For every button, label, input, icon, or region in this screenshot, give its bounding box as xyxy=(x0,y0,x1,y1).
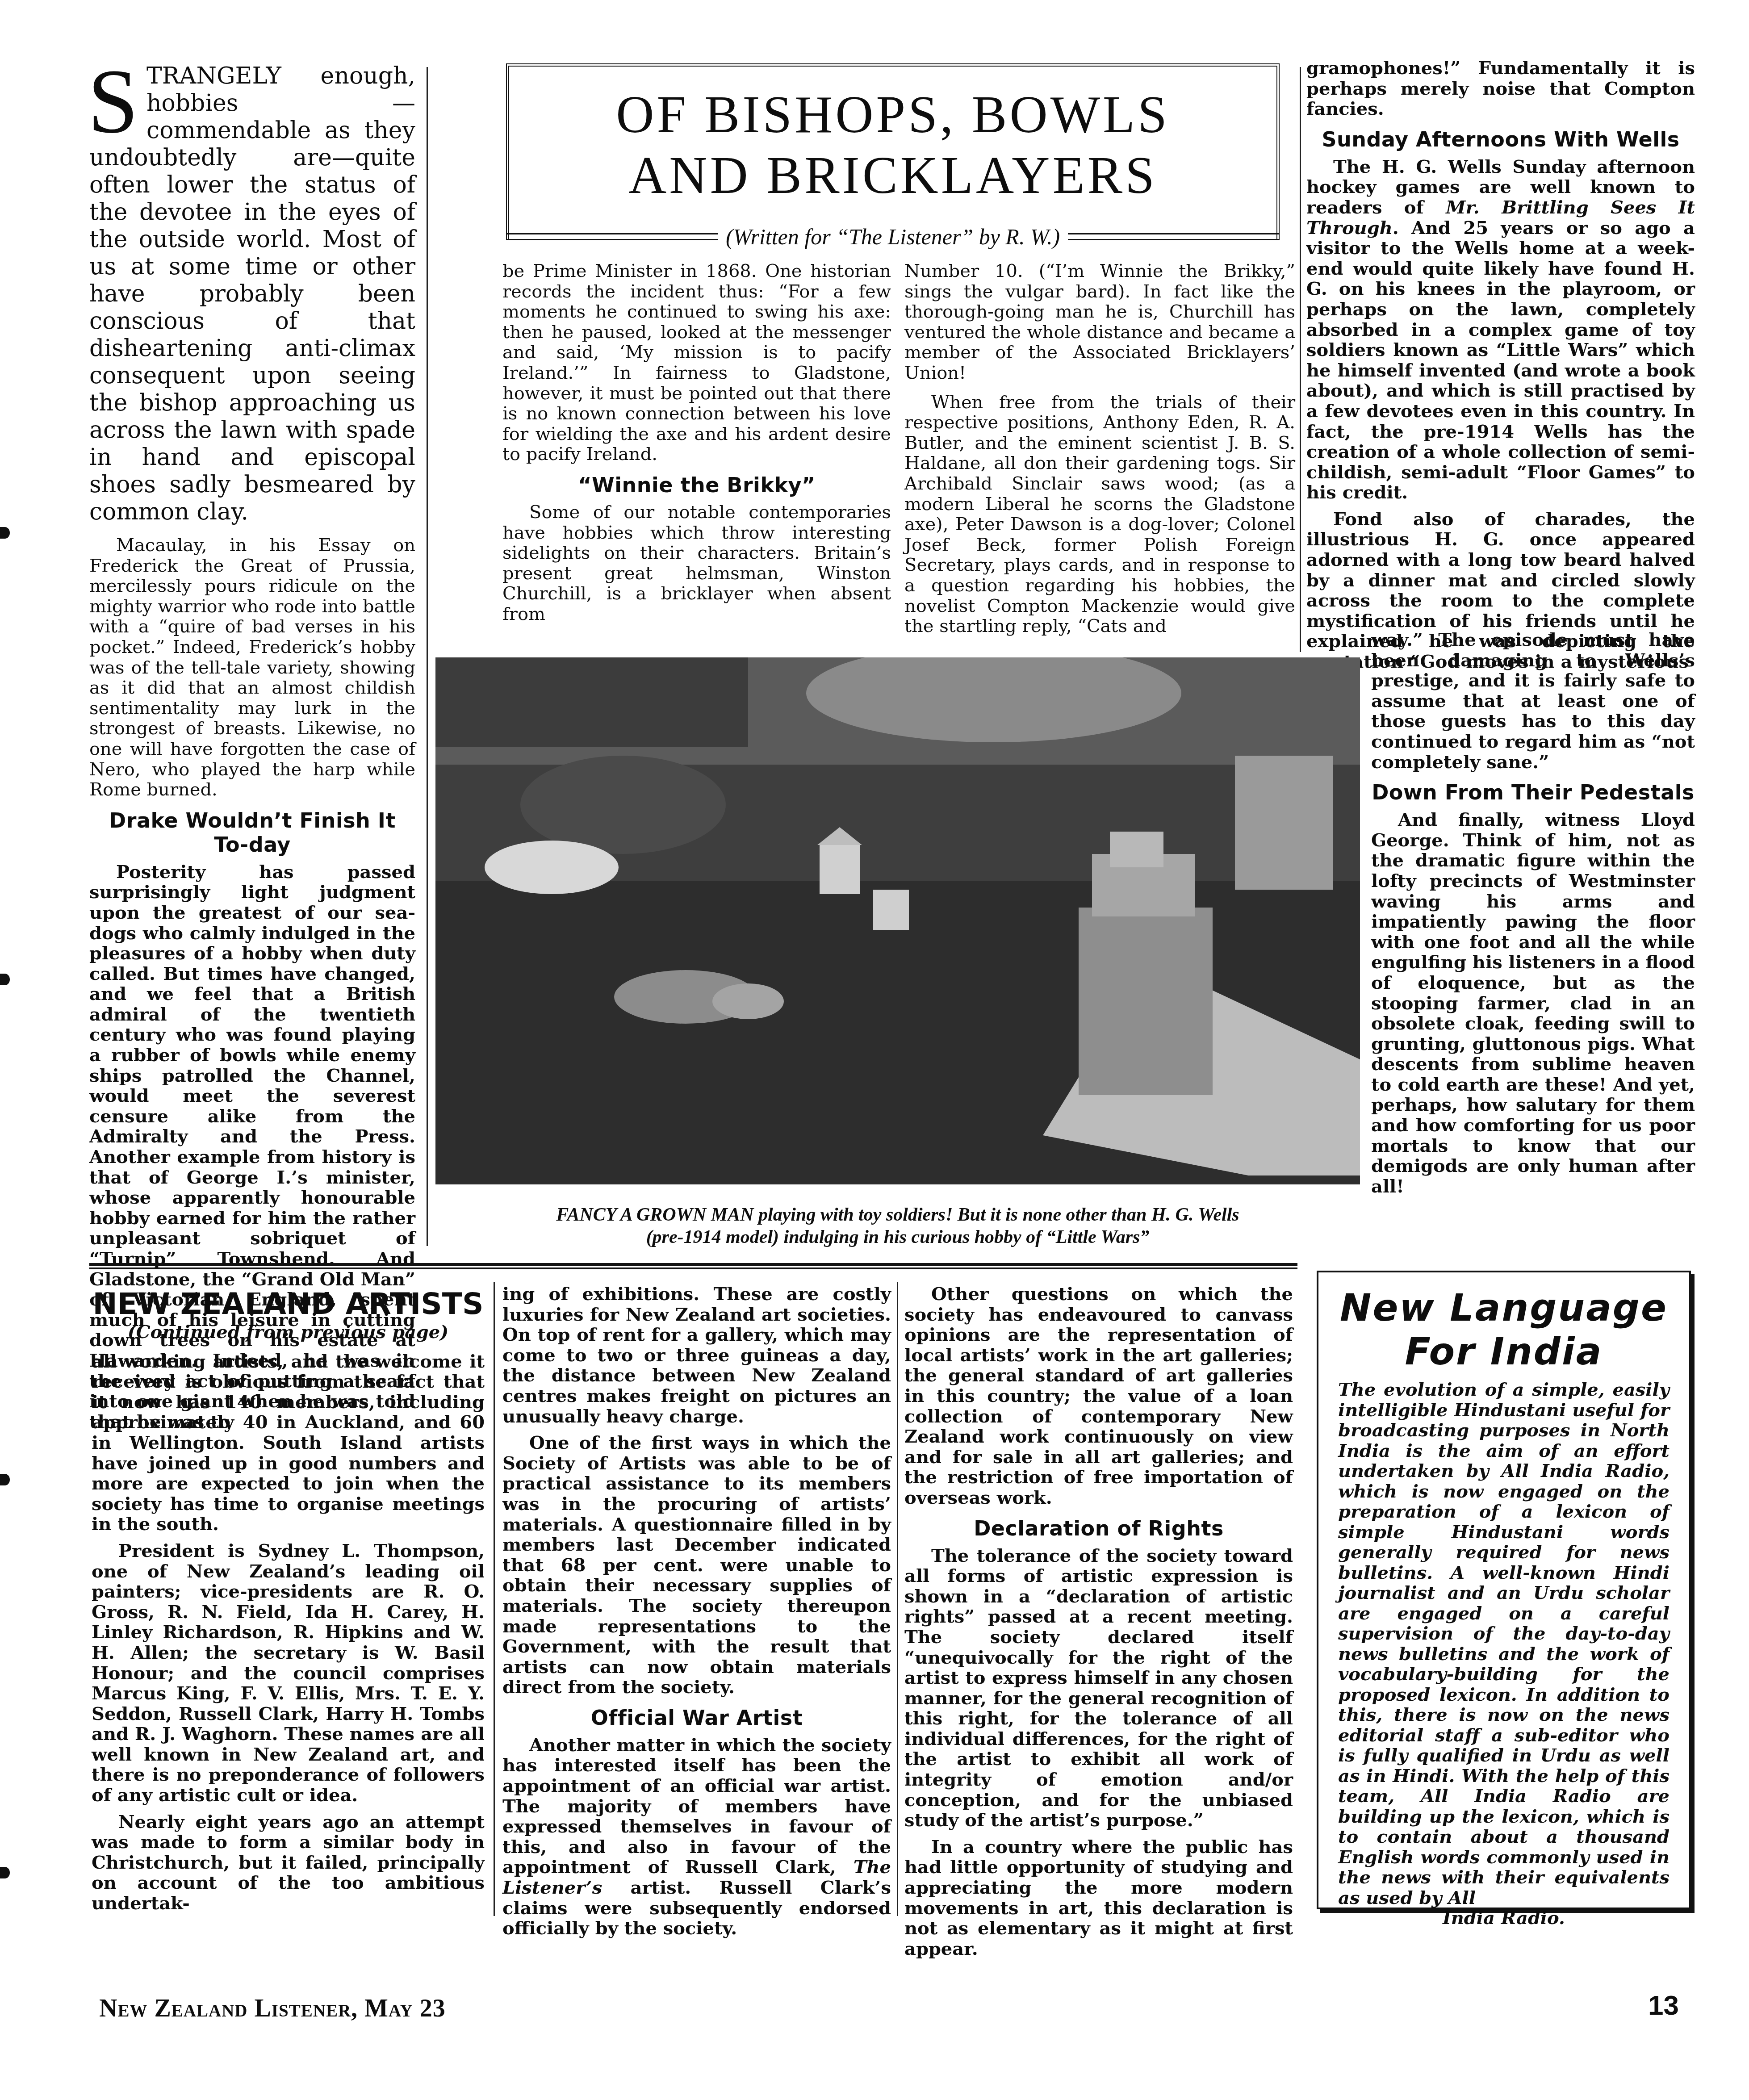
byline-row: (Written for “The Listener” by R. W.) xyxy=(506,223,1280,250)
headline-line-1: OF BISHOPS, BOWLS xyxy=(509,84,1276,145)
footer-publication: New Zealand Listener, May 23 xyxy=(99,1994,446,2023)
subheading-rights: Declaration of Rights xyxy=(904,1516,1293,1540)
sidebar-text-end: India Radio. xyxy=(1338,1908,1669,1928)
subheading-wells: Sunday Afternoons With Wells xyxy=(1306,127,1695,151)
sidebar-title: New Language For India xyxy=(1338,1286,1669,1373)
subheading-pedestals: Down From Their Pedestals xyxy=(1371,780,1695,804)
sidebar-box-new-language-for-india: New Language For India The evolution of … xyxy=(1317,1271,1691,1909)
sidebar-body: The evolution of a simple, easily intell… xyxy=(1338,1380,1669,1928)
paragraph: The H. G. Wells Sunday afternoon hockey … xyxy=(1306,157,1695,503)
lead-paragraph: STRANGELY enough, hobbies —commendable a… xyxy=(89,63,415,526)
paragraph: The tolerance of the society toward all … xyxy=(904,1546,1293,1831)
headline: OF BISHOPS, BOWLS AND BRICKLAYERS xyxy=(509,84,1276,206)
text: Another matter in which the society has … xyxy=(502,1735,891,1878)
paragraph: President is Sydney L. Thompson, one of … xyxy=(92,1541,485,1806)
paragraph: And finally, witness Lloyd George. Think… xyxy=(1371,810,1695,1196)
byline: (Written for “The Listener” by R. W.) xyxy=(718,224,1068,250)
paragraph: When free from the trials of their respe… xyxy=(904,393,1295,637)
paragraph: all working artists, and the welcome it … xyxy=(92,1351,485,1535)
decorative-rule xyxy=(506,233,718,240)
nz-artists-column-1: NEW ZEALAND ARTISTS (Continued from prev… xyxy=(92,1286,485,1920)
paragraph: Macaulay, in his Essay on Frederick the … xyxy=(89,535,415,800)
paragraph: Another matter in which the society has … xyxy=(502,1735,891,1939)
nz-artists-column-3: Other questions on which the society has… xyxy=(904,1284,1293,1965)
caption-line-2: (pre-1914 model) indulging in his curiou… xyxy=(442,1226,1353,1248)
page-number: 13 xyxy=(1648,1990,1679,2021)
paragraph: One of the first ways in which the Socie… xyxy=(502,1433,891,1698)
column-rule xyxy=(494,1282,495,1916)
paragraph: Some of our notable contemporaries have … xyxy=(502,502,891,625)
column-rule xyxy=(897,1282,898,1916)
paragraph: In a country where the public has had li… xyxy=(904,1837,1293,1959)
subheading-winnie: “Winnie the Brikky” xyxy=(502,473,891,497)
sidebar-title-line-1: New Language xyxy=(1338,1286,1669,1330)
text: . And 25 years or so ago a visitor to th… xyxy=(1306,218,1695,503)
column-rule xyxy=(1300,67,1301,652)
margin-mark xyxy=(0,974,10,985)
photo-illustration xyxy=(435,657,1360,1184)
paragraph: be Prime Minister in 1868. One historian… xyxy=(502,261,891,465)
paragraph: gramophones!” Fundamentally it is perhap… xyxy=(1306,58,1695,119)
section-divider xyxy=(89,1263,1297,1269)
continued-note: (Continued from previous page) xyxy=(92,1322,485,1343)
nz-artists-column-2: ing of exhibitions. These are costly lux… xyxy=(502,1284,891,1945)
column-rule xyxy=(427,67,428,1246)
paragraph: ing of exhibitions. These are costly lux… xyxy=(502,1284,891,1426)
headline-box: OF BISHOPS, BOWLS AND BRICKLAYERS xyxy=(506,63,1280,239)
photo-caption: FANCY A GROWN MAN playing with toy soldi… xyxy=(442,1204,1353,1248)
article-column-4-lower: way.” The episode must have been damagin… xyxy=(1371,630,1695,1203)
paragraph: Nearly eight years ago an attempt was ma… xyxy=(92,1812,485,1914)
nz-artists-title: NEW ZEALAND ARTISTS xyxy=(92,1286,485,1322)
caption-line-1: FANCY A GROWN MAN playing with toy soldi… xyxy=(442,1204,1353,1226)
headline-line-2: AND BRICKLAYERS xyxy=(509,145,1276,206)
margin-mark xyxy=(0,1867,10,1878)
subheading-drake: Drake Wouldn’t Finish It To-day xyxy=(89,808,415,857)
paragraph: way.” The episode must have been damagin… xyxy=(1371,630,1695,772)
drop-cap: S xyxy=(88,66,138,138)
decorative-rule xyxy=(1068,233,1280,240)
article-column-2: be Prime Minister in 1868. One historian… xyxy=(502,261,891,631)
photo-hg-wells-little-wars xyxy=(435,657,1360,1184)
article-column-3: Number 10. (“I’m Winnie the Brikky,” sin… xyxy=(904,261,1295,643)
sidebar-text: The evolution of a simple, easily intell… xyxy=(1338,1380,1669,1908)
subheading-war-artist: Official War Artist xyxy=(502,1706,891,1730)
paragraph: Number 10. (“I’m Winnie the Brikky,” sin… xyxy=(904,261,1295,384)
margin-mark xyxy=(0,527,10,539)
paragraph: Other questions on which the society has… xyxy=(904,1284,1293,1508)
article-column-1: STRANGELY enough, hobbies —commendable a… xyxy=(89,63,415,1438)
article-column-4: gramophones!” Fundamentally it is perhap… xyxy=(1306,58,1695,678)
margin-mark xyxy=(0,1474,10,1485)
sidebar-title-line-2: For India xyxy=(1338,1330,1669,1373)
